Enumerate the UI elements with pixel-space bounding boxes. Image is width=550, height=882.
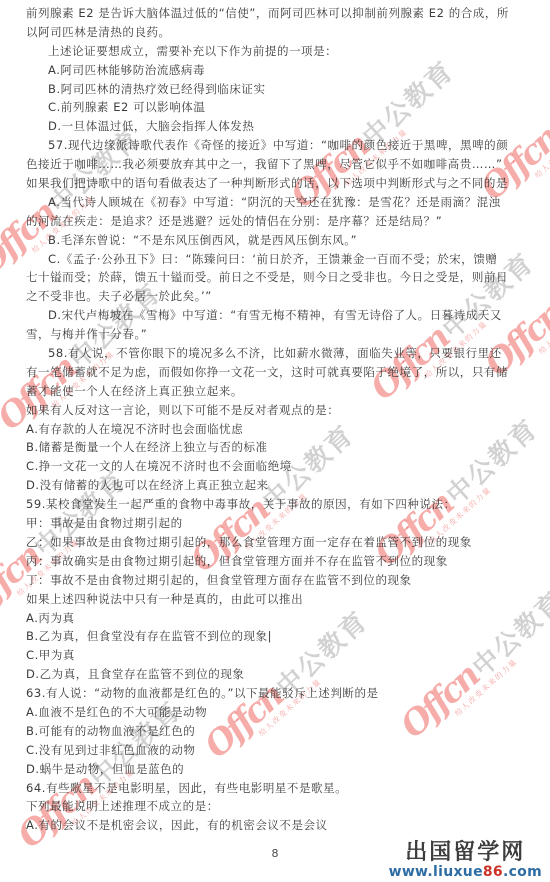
brand-slogan: 给人改变未来的力量 xyxy=(532,68,550,181)
text-line: A.阿司匹林能够防治流感病毒 xyxy=(26,61,526,80)
zhonggong-brand-text: 中公教育 xyxy=(543,43,550,145)
text-line: D.蜗牛是动物，但血是蓝色的 xyxy=(26,760,526,779)
liuxue86-logo: 出国留学网 www.liuxue86.com xyxy=(389,841,542,879)
text-line: 的河流在疾走：是追求？还是逃避？远处的情侣在分别：是序幕？还是结局？” xyxy=(26,212,526,231)
text-line: A.血液不是红色的不大可能是动物 xyxy=(26,703,526,722)
text-line: D.没有储蓄的人也可以在经济上真正独立起来 xyxy=(26,476,526,495)
text-line: A.当代诗人顾城在《初春》中写道：“阴沉的天空还在犹豫：是雪花？还是雨滴？混浊 xyxy=(26,193,526,212)
text-line: 57.现代边缘派诗歌代表作《奇怪的接近》中写道：“咖啡的颜色接近于黑啤，黑啤的颜 xyxy=(26,136,526,155)
text-line: A.丙为真 xyxy=(26,609,526,628)
document-page: Offcn中公教育给人改变未来的力量Offcn中公教育给人改变未来的力量Offc… xyxy=(0,0,550,882)
text-line: C.《孟子·公孙丑下》曰：“陈臻问曰：‘前日於齐，王馈兼金一百而不受；於宋，馈赠 xyxy=(26,250,526,269)
text-line: A.有的会议不是机密会议，因此，有的机密会议不是会议 xyxy=(26,816,526,835)
text-line: A.有存款的人在境况不济时也会面临忧虑 xyxy=(26,420,526,439)
text-line: D.乙为真，且食堂存在监管不到位的现象 xyxy=(26,665,526,684)
text-line: 如果上述四种说法中只有一种是真的，由此可以推出 xyxy=(26,590,526,609)
text-line: C.甲为真 xyxy=(26,646,526,665)
text-line: 七十镒而受；於薛，馈五十镒而受。前日之不受是，则今日之受非也。今日之受是，则前日 xyxy=(26,268,526,287)
text-line: 以阿司匹林是清热的良药。 xyxy=(26,23,526,42)
text-line: B.可能有的动物血液不是红色的 xyxy=(26,722,526,741)
text-line: 蓄才能使一个人在经济上真正独立起来。 xyxy=(26,382,526,401)
text-line: 有一笔储蓄就不足为虑，而假如你挣一文花一文，这时可就真要陷于绝境了，所以，只有储 xyxy=(26,363,526,382)
text-line: 丁：事故不是由食物过期引起的，但食堂管理方面存在监管不到位的现象 xyxy=(26,571,526,590)
document-lines: 前列腺素 E2 是告诉大脑体温过低的“信使”，而阿司匹林可以抑制前列腺素 E2 … xyxy=(26,4,526,835)
text-line: C.前列腺素 E2 可以影响体温 xyxy=(26,98,526,117)
text-line: 63.有人说：“动物的血液都是红色的。”以下最能驳斥上述判断的是 xyxy=(26,684,526,703)
text-line: 下列最能说明上述推理不成立的是： xyxy=(26,797,526,816)
text-line: 雪，与梅并作十分春。” xyxy=(26,325,526,344)
logo-site-name: 出国留学网 xyxy=(389,841,542,865)
text-line: 64.有些歌星不是电影明星，因此，有些电影明星不是歌星。 xyxy=(26,779,526,798)
text-line: C.挣一文花一文的人在境况不济时也不会面临绝境 xyxy=(26,457,526,476)
text-line: C.没有见到过非红色血液的动物 xyxy=(26,741,526,760)
text-line: B.阿司匹林的清热疗效已经得到临床证实 xyxy=(26,80,526,99)
text-line: 色接近于咖啡……我必须要放弃其中之一，我留下了黑啤，尽管它似乎不如咖啡高贵……” xyxy=(26,155,526,174)
text-line: 前列腺素 E2 是告诉大脑体温过低的“信使”，而阿司匹林可以抑制前列腺素 E2 … xyxy=(26,4,526,23)
text-line: 59.某校食堂发生一起严重的食物中毒事故，关于事故的原因，有如下四种说法： xyxy=(26,495,526,514)
logo-url-prefix: www.liuxue xyxy=(389,864,483,880)
logo-url-suffix: .com xyxy=(503,864,542,880)
text-line: 甲：事故是由食物过期引起的 xyxy=(26,514,526,533)
text-line: 如果有人反对这一言论，则以下可能不是反对者观点的是： xyxy=(26,401,526,420)
text-line: D.宋代卢梅坡在《雪梅》中写道：“有雪无梅不精神，有雪无诗俗了人。日暮诗成天又 xyxy=(26,306,526,325)
text-line: D.一旦体温过低，大脑会指挥人体发热 xyxy=(26,117,526,136)
text-line: 乙：如果事故是由食物过期引起的，那么食堂管理方面一定存在着监管不到位的现象 xyxy=(26,533,526,552)
logo-url: www.liuxue86.com xyxy=(389,865,542,879)
text-line: 如果我们把诗歌中的语句看做表达了一种判断形式的话，以下选项中判断形式与之不同的是 xyxy=(26,174,526,193)
text-line: B.毛泽东曾说：“不是东风压倒西风，就是西风压倒东风。” xyxy=(26,231,526,250)
text-line: 之不受非也。夫子必居一於此矣。’” xyxy=(26,287,526,306)
brand-slogan: 给人改变未来的力量 xyxy=(536,244,550,357)
text-line: B.储蓄是衡量一个人在经济上独立与否的标准 xyxy=(26,438,526,457)
logo-url-highlight: 86 xyxy=(483,864,503,880)
text-line: B.乙为真，但食堂没有存在监管不到位的现象| xyxy=(26,627,526,646)
text-line: 上述论证要想成立，需要补充以下作为前提的一项是： xyxy=(26,42,526,61)
text-line: 58.有人说，不管你眼下的境况多么不济，比如薪水微薄，面临失业等，只要银行里还 xyxy=(26,344,526,363)
text-line: 丙：事故确实是由食物过期引起的，但食堂管理方面并不存在监管不到位的现象 xyxy=(26,552,526,571)
